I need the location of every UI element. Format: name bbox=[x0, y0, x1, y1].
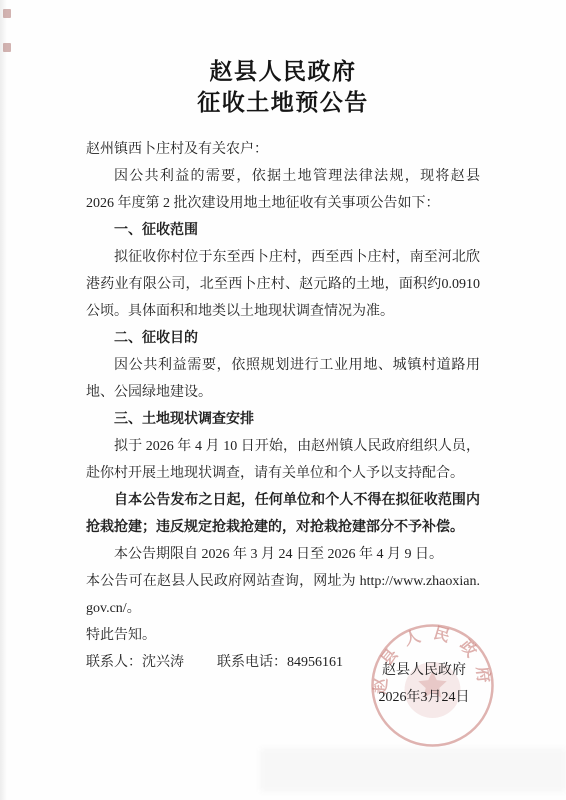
paragraph-scope: 拟征收你村位于东至西卜庄村，西至西卜庄村，南至河北欣港药业有限公司，北至西卜庄村… bbox=[86, 244, 480, 325]
section-heading-3: 三、土地现状调查安排 bbox=[86, 406, 480, 433]
section-heading-1: 一、征收范围 bbox=[86, 217, 480, 244]
paragraph-purpose: 因公共利益需要，依照规划进行工业用地、城镇村道路用地、公园绿地建设。 bbox=[86, 352, 480, 406]
section-heading-2: 二、征收目的 bbox=[86, 325, 480, 352]
signature-block: 赵县人民政府 2026年3月24日 bbox=[364, 657, 484, 711]
paragraph-warning: 自本公告发布之日起，任何单位和个人不得在拟征收范围内抢栽抢建；违反规定抢栽抢建的… bbox=[86, 487, 480, 541]
paragraph-period: 本公告期限自 2026 年 3 月 24 日至 2026 年 4 月 9 日。 bbox=[86, 541, 480, 568]
contact-person: 联系人：沈兴涛 bbox=[86, 655, 184, 670]
document-body: 赵州镇西卜庄村及有关农户： 因公共利益的需要，依据土地管理法律法规，现将赵县 2… bbox=[86, 136, 480, 676]
issuer-name: 赵县人民政府 bbox=[364, 657, 484, 684]
paragraph-survey: 拟于 2026 年 4 月 10 日开始，由赵州镇人民政府组织人员，赴你村开展土… bbox=[86, 433, 480, 487]
scan-artifact bbox=[3, 43, 11, 52]
document-title: 赵县人民政府 征收土地预公告 bbox=[0, 56, 566, 118]
salutation: 赵州镇西卜庄村及有关农户： bbox=[86, 136, 480, 163]
scan-edge-shadow bbox=[0, 0, 7, 800]
paragraph-intro: 因公共利益的需要，依据土地管理法律法规，现将赵县 2026 年度第 2 批次建设… bbox=[86, 163, 480, 217]
issue-date: 2026年3月24日 bbox=[364, 684, 484, 711]
title-line-2: 征收土地预公告 bbox=[0, 87, 566, 118]
title-line-1: 赵县人民政府 bbox=[0, 56, 566, 87]
contact-phone: 联系电话：84956161 bbox=[217, 655, 343, 670]
scan-artifact bbox=[3, 9, 11, 18]
scanned-document-page: 赵县人民政府 征收土地预公告 赵州镇西卜庄村及有关农户： 因公共利益的需要，依据… bbox=[0, 0, 566, 800]
